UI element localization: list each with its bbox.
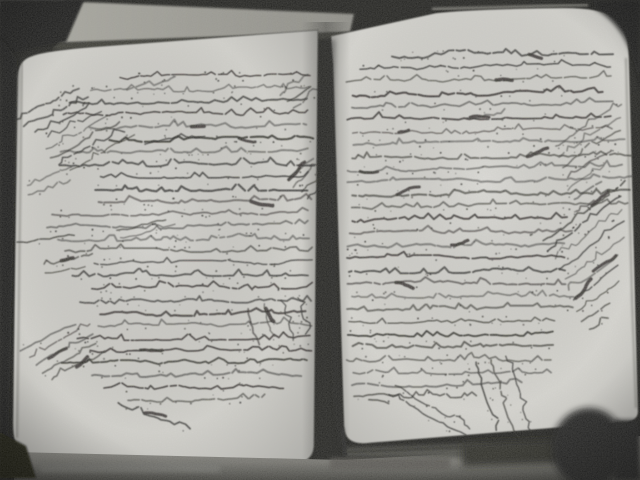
photo-vignette xyxy=(0,0,640,480)
manuscript-photo-svg xyxy=(0,0,640,480)
manuscript-photo xyxy=(0,0,640,480)
